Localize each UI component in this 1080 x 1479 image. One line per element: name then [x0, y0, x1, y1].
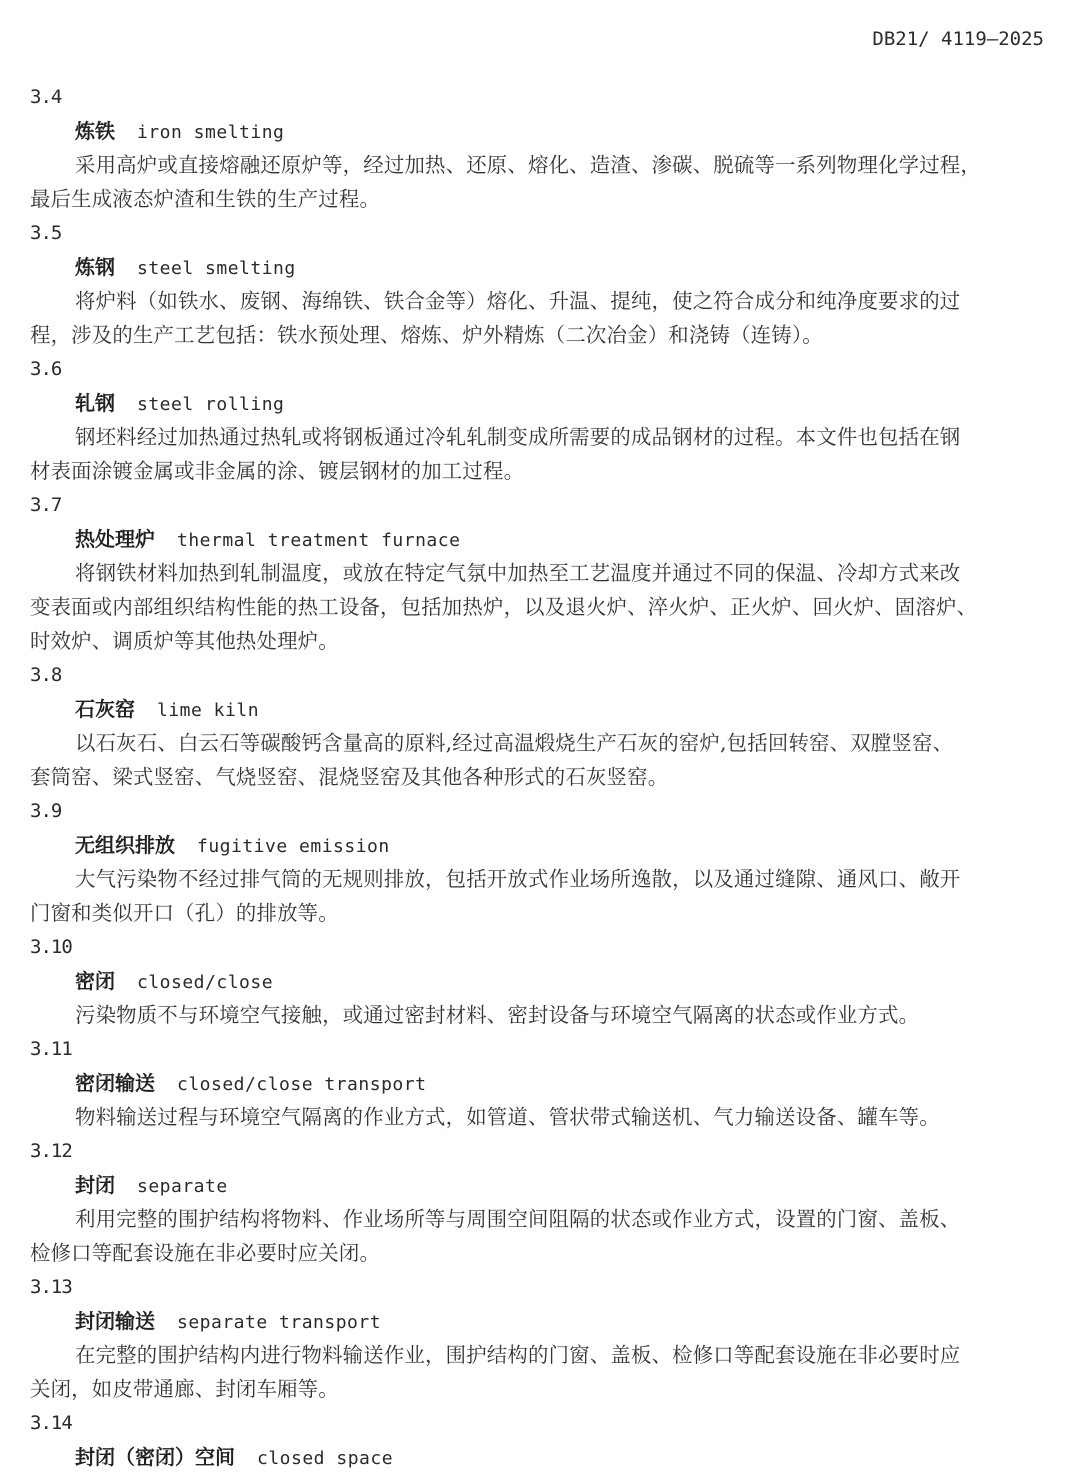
term-entry-3-9: 3.9 无组织排放fugitive emission 大气污染物不经过排气筒的无…: [30, 794, 1046, 930]
term-english: separate transport: [177, 1312, 381, 1333]
term-chinese: 热处理炉: [75, 527, 155, 551]
definition-line: 在完整的围护结构内进行物料输送作业，围护结构的门窗、盖板、检修口等配套设施在非必…: [30, 1338, 1046, 1372]
term-definition: 物料输送过程与环境空气隔离的作业方式，如管道、管状带式输送机、气力输送设备、罐车…: [30, 1100, 1046, 1134]
definition-line: 将钢铁材料加热到轧制温度，或放在特定气氛中加热至工艺温度并通过不同的保温、冷却方…: [30, 556, 1046, 590]
term-heading: 炼铁iron smelting: [30, 114, 1046, 148]
term-definition: 污染物质不与环境空气接触，或通过密封材料、密封设备与环境空气隔离的状态或作业方式…: [30, 998, 1046, 1032]
definition-line: 材表面涂镀金属或非金属的涂、镀层钢材的加工过程。: [30, 454, 1046, 488]
definition-line: 时效炉、调质炉等其他热处理炉。: [30, 624, 1046, 658]
term-definition: 钢坯料经过加热通过热轧或将钢板通过冷轧轧制变成所需要的成品钢材的过程。本文件也包…: [30, 420, 1046, 488]
document-code-header: DB21/ 4119—2025: [872, 24, 1044, 54]
term-chinese: 密闭: [75, 969, 115, 993]
term-entry-3-7: 3.7 热处理炉thermal treatment furnace 将钢铁材料加…: [30, 488, 1046, 658]
term-english: thermal treatment furnace: [177, 530, 460, 551]
definition-line: 采用高炉或直接熔融还原炉等，经过加热、还原、熔化、造渣、渗碳、脱硫等一系列物理化…: [30, 148, 1046, 182]
definition-line: 以石灰石、白云石等碳酸钙含量高的原料,经过高温煅烧生产石灰的窑炉,包括回转窑、双…: [30, 726, 1046, 760]
term-chinese: 无组织排放: [75, 833, 175, 857]
definition-line: 污染物质不与环境空气接触，或通过密封材料、密封设备与环境空气隔离的状态或作业方式…: [30, 998, 1046, 1032]
definition-line: 利用完整的围护结构将物料、作业场所等与周围空间阻隔的状态或作业方式，设置的门窗、…: [30, 1202, 1046, 1236]
term-chinese: 炼钢: [75, 255, 115, 279]
term-chinese: 石灰窑: [75, 697, 135, 721]
term-definition: 在完整的围护结构内进行物料输送作业，围护结构的门窗、盖板、检修口等配套设施在非必…: [30, 1338, 1046, 1406]
term-entry-3-4: 3.4 炼铁iron smelting 采用高炉或直接熔融还原炉等，经过加热、还…: [30, 80, 1046, 216]
term-heading: 密闭closed/close: [30, 964, 1046, 998]
term-entry-3-12: 3.12 封闭separate 利用完整的围护结构将物料、作业场所等与周围空间阻…: [30, 1134, 1046, 1270]
term-definition: 采用高炉或直接熔融还原炉等，经过加热、还原、熔化、造渣、渗碳、脱硫等一系列物理化…: [30, 148, 1046, 216]
term-english: fugitive emission: [197, 836, 390, 857]
term-english: iron smelting: [137, 122, 284, 143]
definition-line: 钢坯料经过加热通过热轧或将钢板通过冷轧轧制变成所需要的成品钢材的过程。本文件也包…: [30, 420, 1046, 454]
terms-definitions-section: 3.4 炼铁iron smelting 采用高炉或直接熔融还原炉等，经过加热、还…: [30, 80, 1046, 1474]
definition-line: 大气污染物不经过排气筒的无规则排放，包括开放式作业场所逸散，以及通过缝隙、通风口…: [30, 862, 1046, 896]
clause-number: 3.11: [30, 1032, 1046, 1066]
term-english: steel smelting: [137, 258, 296, 279]
definition-line: 变表面或内部组织结构性能的热工设备，包括加热炉，以及退火炉、淬火炉、正火炉、回火…: [30, 590, 1046, 624]
term-chinese: 密闭输送: [75, 1071, 155, 1095]
definition-line: 将炉料（如铁水、废钢、海绵铁、铁合金等）熔化、升温、提纯，使之符合成分和纯净度要…: [30, 284, 1046, 318]
definition-line: 检修口等配套设施在非必要时应关闭。: [30, 1236, 1046, 1270]
clause-number: 3.13: [30, 1270, 1046, 1304]
term-chinese: 封闭: [75, 1173, 115, 1197]
term-entry-3-5: 3.5 炼钢steel smelting 将炉料（如铁水、废钢、海绵铁、铁合金等…: [30, 216, 1046, 352]
term-definition: 利用完整的围护结构将物料、作业场所等与周围空间阻隔的状态或作业方式，设置的门窗、…: [30, 1202, 1046, 1270]
term-english: closed space: [257, 1448, 393, 1469]
term-entry-3-11: 3.11 密闭输送closed/close transport 物料输送过程与环…: [30, 1032, 1046, 1134]
term-english: steel rolling: [137, 394, 284, 415]
term-heading: 热处理炉thermal treatment furnace: [30, 522, 1046, 556]
definition-line: 最后生成液态炉渣和生铁的生产过程。: [30, 182, 1046, 216]
term-chinese: 封闭（密闭）空间: [75, 1445, 235, 1469]
term-definition: 以石灰石、白云石等碳酸钙含量高的原料,经过高温煅烧生产石灰的窑炉,包括回转窑、双…: [30, 726, 1046, 794]
term-entry-3-10: 3.10 密闭closed/close 污染物质不与环境空气接触，或通过密封材料…: [30, 930, 1046, 1032]
term-heading: 无组织排放fugitive emission: [30, 828, 1046, 862]
term-heading: 封闭输送separate transport: [30, 1304, 1046, 1338]
term-heading: 石灰窑lime kiln: [30, 692, 1046, 726]
term-definition: 大气污染物不经过排气筒的无规则排放，包括开放式作业场所逸散，以及通过缝隙、通风口…: [30, 862, 1046, 930]
term-definition: 将钢铁材料加热到轧制温度，或放在特定气氛中加热至工艺温度并通过不同的保温、冷却方…: [30, 556, 1046, 658]
definition-line: 门窗和类似开口（孔）的排放等。: [30, 896, 1046, 930]
term-definition: 将炉料（如铁水、废钢、海绵铁、铁合金等）熔化、升温、提纯，使之符合成分和纯净度要…: [30, 284, 1046, 352]
term-english: closed/close transport: [177, 1074, 426, 1095]
term-entry-3-6: 3.6 轧钢steel rolling 钢坯料经过加热通过热轧或将钢板通过冷轧轧…: [30, 352, 1046, 488]
term-entry-3-14: 3.14 封闭（密闭）空间closed space: [30, 1406, 1046, 1474]
definition-line: 关闭，如皮带通廊、封闭车厢等。: [30, 1372, 1046, 1406]
term-heading: 封闭separate: [30, 1168, 1046, 1202]
term-heading: 炼钢steel smelting: [30, 250, 1046, 284]
term-chinese: 轧钢: [75, 391, 115, 415]
term-chinese: 封闭输送: [75, 1309, 155, 1333]
term-heading: 封闭（密闭）空间closed space: [30, 1440, 1046, 1474]
term-entry-3-13: 3.13 封闭输送separate transport 在完整的围护结构内进行物…: [30, 1270, 1046, 1406]
term-heading: 轧钢steel rolling: [30, 386, 1046, 420]
clause-number: 3.12: [30, 1134, 1046, 1168]
clause-number: 3.4: [30, 80, 1046, 114]
clause-number: 3.7: [30, 488, 1046, 522]
clause-number: 3.5: [30, 216, 1046, 250]
term-english: lime kiln: [157, 700, 259, 721]
definition-line: 程，涉及的生产工艺包括：铁水预处理、熔炼、炉外精炼（二次冶金）和浇铸（连铸）。: [30, 318, 1046, 352]
clause-number: 3.10: [30, 930, 1046, 964]
definition-line: 套筒窑、梁式竖窑、气烧竖窑、混烧竖窑及其他各种形式的石灰竖窑。: [30, 760, 1046, 794]
clause-number: 3.14: [30, 1406, 1046, 1440]
clause-number: 3.9: [30, 794, 1046, 828]
clause-number: 3.8: [30, 658, 1046, 692]
definition-line: 物料输送过程与环境空气隔离的作业方式，如管道、管状带式输送机、气力输送设备、罐车…: [30, 1100, 1046, 1134]
term-english: closed/close: [137, 972, 273, 993]
term-english: separate: [137, 1176, 228, 1197]
term-entry-3-8: 3.8 石灰窑lime kiln 以石灰石、白云石等碳酸钙含量高的原料,经过高温…: [30, 658, 1046, 794]
term-chinese: 炼铁: [75, 119, 115, 143]
term-heading: 密闭输送closed/close transport: [30, 1066, 1046, 1100]
clause-number: 3.6: [30, 352, 1046, 386]
